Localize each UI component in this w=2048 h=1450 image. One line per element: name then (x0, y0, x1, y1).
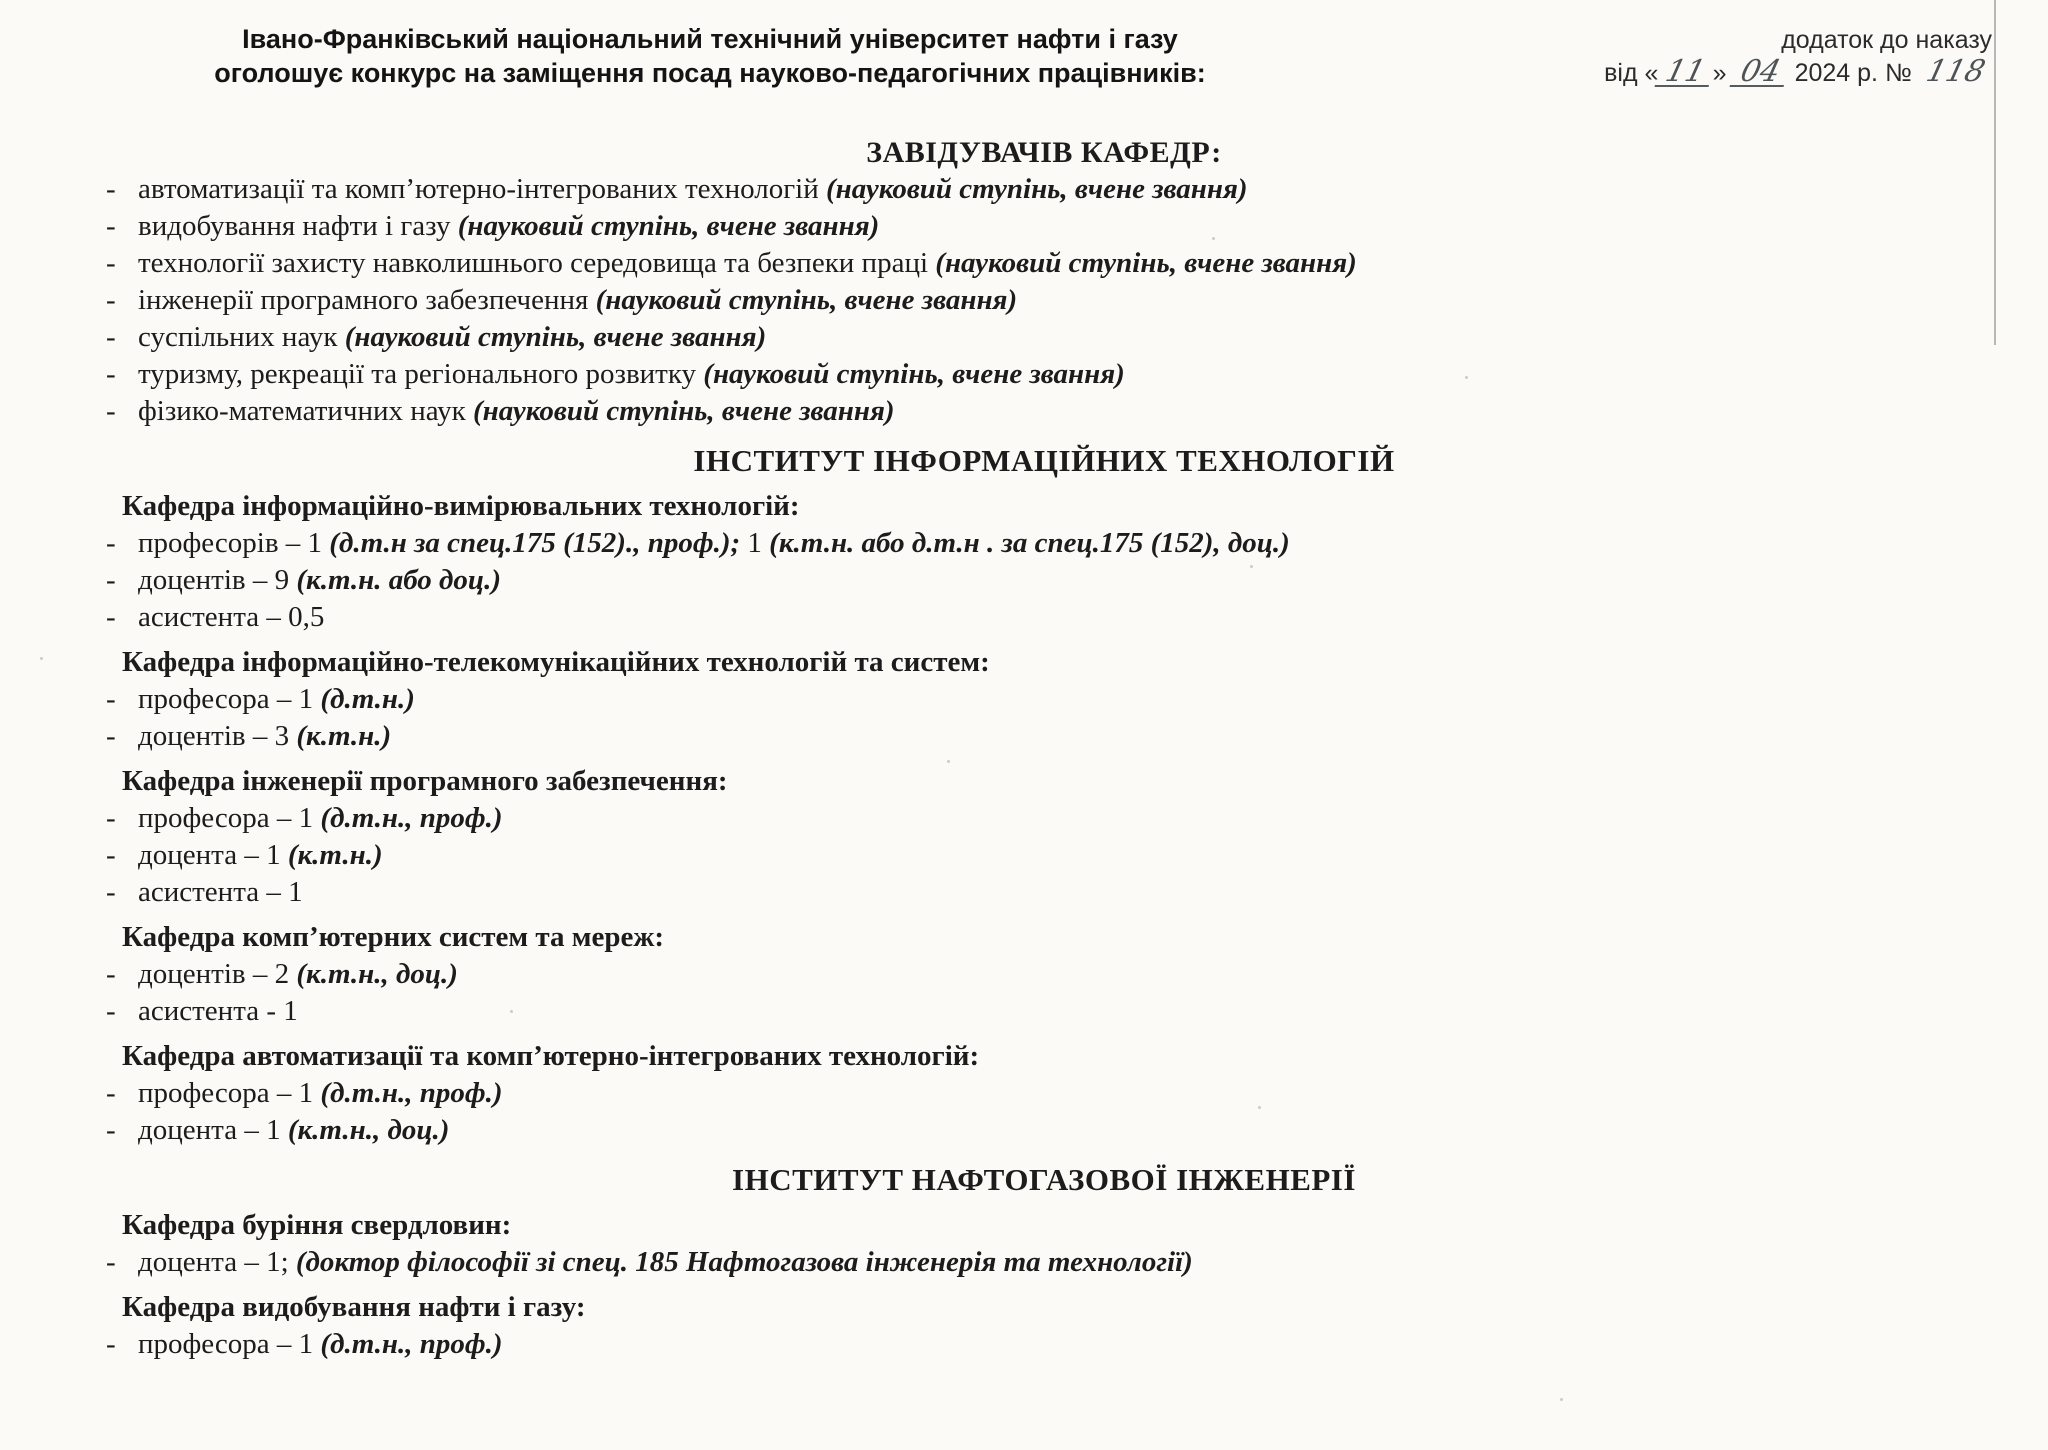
item-text: доцента – 1; (доктор філософії зі спец. … (138, 1244, 1988, 1281)
list-dash: - (100, 245, 138, 282)
handwritten-month: 04 (1730, 59, 1791, 87)
position-item: -фізико-математичних наук (науковий ступ… (100, 393, 1988, 430)
item-text: доцентів – 9 (к.т.н. або доц.) (138, 562, 1988, 599)
position-text: суспільних наук (138, 321, 345, 353)
position-item: -видобування нафти і газу (науковий ступ… (100, 208, 1988, 245)
item-text: професора – 1 (д.т.н.) (138, 681, 1988, 718)
department-heading: Кафедра комп’ютерних систем та мереж: (100, 919, 1988, 956)
item-text: видобування нафти і газу (науковий ступі… (138, 208, 1988, 245)
qualification-note: (к.т.н. або д.т.н . за спец.175 (152), д… (769, 527, 1290, 559)
position-text: видобування нафти і газу (138, 210, 458, 242)
list-dash: - (100, 356, 138, 393)
position-item: -доцента – 1 (к.т.н.) (100, 837, 1988, 874)
position-text: професора – 1 (138, 1077, 320, 1109)
position-item: -доцентів – 9 (к.т.н. або доц.) (100, 562, 1988, 599)
order-date-suffix: 2024 р. № (1795, 59, 1912, 87)
announcement-subtitle: оголошує конкурс на заміщення посад наук… (0, 56, 1420, 90)
item-text: туризму, рекреації та регіонального розв… (138, 356, 1988, 393)
institute-heading: ІНСТИТУТ НАФТОГАЗОВОЇ ІНЖЕНЕРІЇ (100, 1161, 1988, 1198)
item-text: професорів – 1 (д.т.н за спец.175 (152).… (138, 525, 1988, 562)
position-text: автоматизації та комп’ютерно-інтегровани… (138, 173, 826, 205)
qualification-note: (к.т.н., доц.) (296, 958, 458, 990)
list-dash: - (100, 599, 138, 636)
list-dash: - (100, 171, 138, 208)
qualification-note: (д.т.н., проф.) (320, 1328, 502, 1360)
qualification-note: (науковий ступінь, вчене звання) (345, 321, 767, 353)
list-dash: - (100, 562, 138, 599)
qualification-note: (науковий ступінь, вчене звання) (703, 358, 1125, 390)
list-dash: - (100, 1112, 138, 1149)
item-text: фізико-математичних наук (науковий ступі… (138, 393, 1988, 430)
scan-speck (332, 339, 335, 342)
list-dash: - (100, 681, 138, 718)
list-dash: - (100, 319, 138, 356)
position-item: -асистента – 1 (100, 874, 1988, 911)
item-text: суспільних наук (науковий ступінь, вчене… (138, 319, 1988, 356)
position-item: -суспільних наук (науковий ступінь, вчен… (100, 319, 1988, 356)
item-text: професора – 1 (д.т.н., проф.) (138, 1075, 1988, 1112)
position-item: -асистента – 0,5 (100, 599, 1988, 636)
position-text: доцентів – 2 (138, 958, 296, 990)
qualification-note: (науковий ступінь, вчене звання) (935, 247, 1357, 279)
list-dash: - (100, 1326, 138, 1363)
position-item: -професорів – 1 (д.т.н за спец.175 (152)… (100, 525, 1988, 562)
qualification-note: (к.т.н.) (296, 720, 391, 752)
position-text: технології захисту навколишнього середов… (138, 247, 935, 279)
position-item: -доцента – 1; (доктор філософії зі спец.… (100, 1244, 1988, 1281)
position-text: доцента – 1; (138, 1246, 296, 1278)
department-heading: Кафедра інформаційно-телекомунікаційних … (100, 644, 1988, 681)
scan-speck (1560, 1398, 1563, 1401)
position-text: професорів – 1 (138, 527, 329, 559)
qualification-note: (науковий ступінь, вчене звання) (596, 284, 1018, 316)
university-title: Івано-Франківський національний технічни… (0, 22, 1420, 56)
item-text: доцентів – 3 (к.т.н.) (138, 718, 1988, 755)
scan-speck (1212, 237, 1215, 240)
position-text: асистента - 1 (138, 995, 298, 1027)
institute-heading: ІНСТИТУТ ІНФОРМАЦІЙНИХ ТЕХНОЛОГІЙ (100, 442, 1988, 479)
position-text: доцентів – 3 (138, 720, 296, 752)
position-item: -професора – 1 (д.т.н., проф.) (100, 1326, 1988, 1363)
department-heading: Кафедра видобування нафти і газу: (100, 1289, 1988, 1326)
list-dash: - (100, 208, 138, 245)
document-header: Івано-Франківський національний технічни… (0, 0, 2048, 90)
position-item: -професора – 1 (д.т.н., проф.) (100, 1075, 1988, 1112)
position-text: професора – 1 (138, 802, 320, 834)
item-text: технології захисту навколишнього середов… (138, 245, 1988, 282)
qualification-note: (к.т.н. або доц.) (296, 564, 501, 596)
position-item: -доцентів – 2 (к.т.н., доц.) (100, 956, 1988, 993)
qualification-note: (д.т.н., проф.) (320, 1077, 502, 1109)
list-dash: - (100, 1075, 138, 1112)
list-dash: - (100, 1244, 138, 1281)
item-text: професора – 1 (д.т.н., проф.) (138, 800, 1988, 837)
handwritten-order-number: 118 (1915, 59, 1995, 85)
item-text: доцента – 1 (к.т.н.) (138, 837, 1988, 874)
list-dash: - (100, 282, 138, 319)
position-item: -туризму, рекреації та регіонального роз… (100, 356, 1988, 393)
qualification-note: (науковий ступінь, вчене звання) (473, 395, 895, 427)
position-item: -інженерії програмного забезпечення (нау… (100, 282, 1988, 319)
scan-speck (947, 760, 950, 763)
order-ref-date-line: від «11» 04 2024 р. № 118 (1604, 57, 1992, 90)
list-dash: - (100, 993, 138, 1030)
qualification-note: (доктор філософії зі спец. 185 Нафтогазо… (296, 1246, 1193, 1278)
qualification-note: (к.т.н., доц.) (288, 1114, 450, 1146)
department-heading: Кафедра інженерії програмного забезпечен… (100, 763, 1988, 800)
document-body: ЗАВІДУВАЧІВ КАФЕДР:-автоматизації та ком… (0, 134, 2048, 1363)
position-text: туризму, рекреації та регіонального розв… (138, 358, 703, 390)
scan-speck (1258, 1106, 1261, 1109)
scan-edge-line (1994, 0, 1996, 345)
department-heading: Кафедра автоматизації та комп’ютерно-інт… (100, 1038, 1988, 1075)
department-heading: Кафедра буріння свердловин: (100, 1207, 1988, 1244)
list-dash: - (100, 956, 138, 993)
qualification-note: (д.т.н., проф.) (320, 802, 502, 834)
position-text: інженерії програмного забезпечення (138, 284, 596, 316)
qualification-note: (к.т.н.) (288, 839, 383, 871)
position-item: -доцентів – 3 (к.т.н.) (100, 718, 1988, 755)
position-text: 1 (740, 527, 769, 559)
item-text: автоматизації та комп’ютерно-інтегровани… (138, 171, 1988, 208)
position-item: -професора – 1 (д.т.н., проф.) (100, 800, 1988, 837)
scan-speck (1465, 376, 1468, 379)
scan-speck (510, 1010, 513, 1013)
list-dash: - (100, 718, 138, 755)
department-heading: Кафедра інформаційно-вимірювальних техно… (100, 488, 1988, 525)
scan-speck (40, 657, 43, 660)
item-text: доцентів – 2 (к.т.н., доц.) (138, 956, 1988, 993)
order-date-close-quote: » (1713, 59, 1727, 87)
list-dash: - (100, 393, 138, 430)
position-item: -асистента - 1 (100, 993, 1988, 1030)
scan-speck (1250, 565, 1253, 568)
order-ref-label: додаток до наказу (1604, 24, 1992, 57)
list-dash: - (100, 837, 138, 874)
handwritten-day: 11 (1655, 59, 1716, 87)
qualification-note: (д.т.н за спец.175 (152)., проф.); (329, 527, 740, 559)
position-item: -професора – 1 (д.т.н.) (100, 681, 1988, 718)
title-block: Івано-Франківський національний технічни… (0, 22, 1420, 90)
list-dash: - (100, 800, 138, 837)
position-text: доцента – 1 (138, 839, 288, 871)
item-text: асистента - 1 (138, 993, 1988, 1030)
section-heading: ЗАВІДУВАЧІВ КАФЕДР: (100, 134, 1988, 171)
item-text: доцента – 1 (к.т.н., доц.) (138, 1112, 1988, 1149)
position-text: фізико-математичних наук (138, 395, 473, 427)
list-dash: - (100, 874, 138, 911)
position-text: асистента – 1 (138, 876, 303, 908)
position-text: доцентів – 9 (138, 564, 296, 596)
position-item: -технології захисту навколишнього середо… (100, 245, 1988, 282)
list-dash: - (100, 525, 138, 562)
order-reference: додаток до наказу від «11» 04 2024 р. № … (1604, 24, 1992, 90)
qualification-note: (науковий ступінь, вчене звання) (826, 173, 1248, 205)
position-text: доцента – 1 (138, 1114, 288, 1146)
order-date-prefix: від « (1604, 59, 1658, 87)
item-text: інженерії програмного забезпечення (наук… (138, 282, 1988, 319)
position-item: -доцента – 1 (к.т.н., доц.) (100, 1112, 1988, 1149)
qualification-note: (науковий ступінь, вчене звання) (458, 210, 880, 242)
position-text: асистента – 0,5 (138, 601, 324, 633)
qualification-note: (д.т.н.) (320, 683, 414, 715)
position-item: -автоматизації та комп’ютерно-інтегрован… (100, 171, 1988, 208)
item-text: професора – 1 (д.т.н., проф.) (138, 1326, 1988, 1363)
scanned-document-page: Івано-Франківський національний технічни… (0, 0, 2048, 1450)
item-text: асистента – 0,5 (138, 599, 1988, 636)
position-text: професора – 1 (138, 1328, 320, 1360)
position-text: професора – 1 (138, 683, 320, 715)
item-text: асистента – 1 (138, 874, 1988, 911)
